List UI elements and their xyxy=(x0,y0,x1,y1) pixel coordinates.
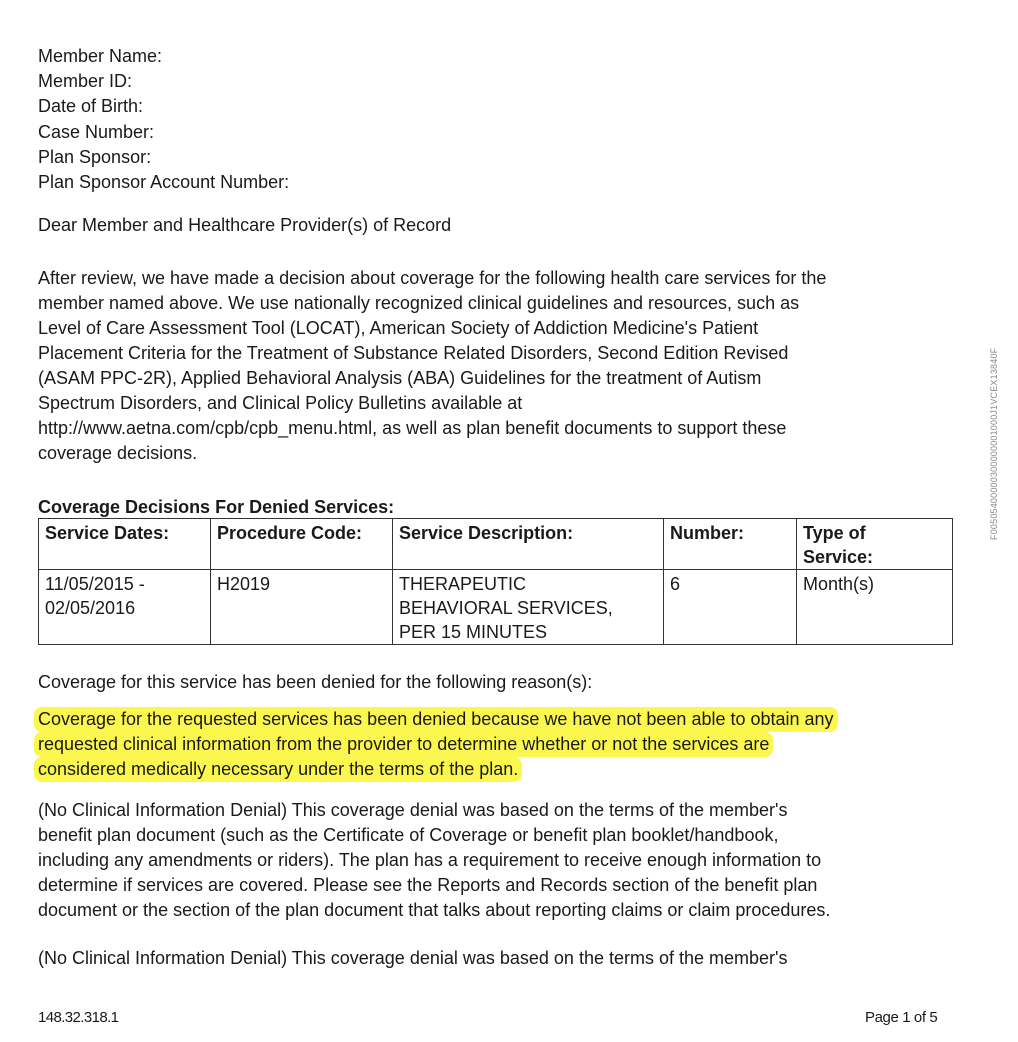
header-type-line: Type of xyxy=(803,521,946,545)
intro-line: coverage decisions. xyxy=(38,441,953,466)
document-code: 148.32.318.1 xyxy=(38,1009,118,1026)
denial-explanation-paragraph-2: (No Clinical Information Denial) This co… xyxy=(38,948,787,969)
highlighted-line: Coverage for the requested services has … xyxy=(34,707,838,732)
date-of-birth-label: Date of Birth: xyxy=(38,94,289,119)
cell-procedure-code: H2019 xyxy=(211,570,393,645)
member-id-label: Member ID: xyxy=(38,69,289,94)
paragraph-line: determine if services are covered. Pleas… xyxy=(38,873,830,898)
description-line: THERAPEUTIC xyxy=(399,572,657,596)
cell-number: 6 xyxy=(664,570,797,645)
paragraph-line: benefit plan document (such as the Certi… xyxy=(38,823,830,848)
page-indicator: Page 1 of 5 xyxy=(865,1009,937,1026)
header-type-of-service: Type of Service: xyxy=(797,519,953,570)
highlighted-denial-reason: Coverage for the requested services has … xyxy=(34,707,838,782)
member-info-block: Member Name: Member ID: Date of Birth: C… xyxy=(38,44,289,195)
intro-line: Placement Criteria for the Treatment of … xyxy=(38,341,953,366)
side-document-barcode-text: F00505400000300000001000J1VCEX13840F xyxy=(989,348,999,540)
table-header-row: Service Dates: Procedure Code: Service D… xyxy=(39,519,953,570)
header-number: Number: xyxy=(664,519,797,570)
reason-intro: Coverage for this service has been denie… xyxy=(38,672,592,693)
service-date-end: 02/05/2016 xyxy=(45,596,204,620)
header-type-line: Service: xyxy=(803,545,946,569)
header-service-dates: Service Dates: xyxy=(39,519,211,570)
paragraph-line: (No Clinical Information Denial) This co… xyxy=(38,798,830,823)
intro-paragraph: After review, we have made a decision ab… xyxy=(38,266,953,466)
denial-explanation-paragraph: (No Clinical Information Denial) This co… xyxy=(38,798,830,923)
plan-sponsor-label: Plan Sponsor: xyxy=(38,145,289,170)
plan-sponsor-account-label: Plan Sponsor Account Number: xyxy=(38,170,289,195)
intro-line: member named above. We use nationally re… xyxy=(38,291,953,316)
intro-line: After review, we have made a decision ab… xyxy=(38,266,953,291)
highlighted-line: requested clinical information from the … xyxy=(34,732,773,757)
description-line: PER 15 MINUTES xyxy=(399,620,657,644)
header-service-description: Service Description: xyxy=(393,519,664,570)
paragraph-line: including any amendments or riders). The… xyxy=(38,848,830,873)
intro-line: Spectrum Disorders, and Clinical Policy … xyxy=(38,391,953,416)
member-name-label: Member Name: xyxy=(38,44,289,69)
cell-type-of-service: Month(s) xyxy=(797,570,953,645)
cell-service-dates: 11/05/2015 - 02/05/2016 xyxy=(39,570,211,645)
intro-line: Level of Care Assessment Tool (LOCAT), A… xyxy=(38,316,953,341)
table-title: Coverage Decisions For Denied Services: xyxy=(38,497,394,518)
case-number-label: Case Number: xyxy=(38,120,289,145)
table-row: 11/05/2015 - 02/05/2016 H2019 THERAPEUTI… xyxy=(39,570,953,645)
intro-line: (ASAM PPC-2R), Applied Behavioral Analys… xyxy=(38,366,953,391)
denied-services-table: Service Dates: Procedure Code: Service D… xyxy=(38,518,953,645)
description-line: BEHAVIORAL SERVICES, xyxy=(399,596,657,620)
header-procedure-code: Procedure Code: xyxy=(211,519,393,570)
service-date-start: 11/05/2015 - xyxy=(45,572,204,596)
intro-line-url: http://www.aetna.com/cpb/cpb_menu.html, … xyxy=(38,416,953,441)
paragraph-line: document or the section of the plan docu… xyxy=(38,898,830,923)
cell-service-description: THERAPEUTIC BEHAVIORAL SERVICES, PER 15 … xyxy=(393,570,664,645)
salutation: Dear Member and Healthcare Provider(s) o… xyxy=(38,215,451,236)
highlighted-line: considered medically necessary under the… xyxy=(34,757,522,782)
